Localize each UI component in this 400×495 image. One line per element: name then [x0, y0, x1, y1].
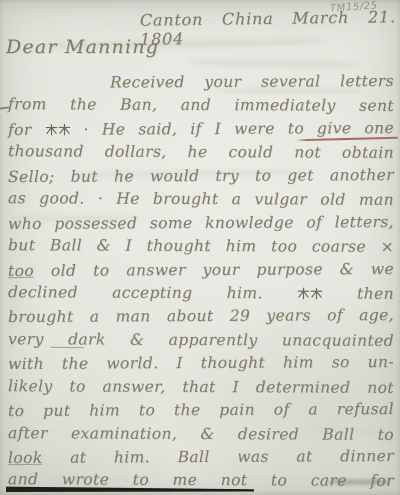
letter-line: after examination, & desired Ball to — [8, 422, 394, 447]
letter-line: brought a man about 29 years of age, — [8, 304, 394, 329]
letter-line: with the world. I thought him so un- — [8, 351, 394, 376]
letter-line: to put him to the pain of a refusal — [8, 398, 394, 423]
letter-line: too old to answer your purpose & we — [8, 257, 394, 282]
letter-page: TM15/25 Canton China March 21. 1804 Dear… — [0, 0, 400, 495]
line-text: declined accepting him. — [8, 283, 263, 302]
line-text: then — [357, 285, 394, 303]
letter-line: very dark & apparently unacquainted — [8, 328, 394, 353]
letter-line: Sello; but he would try to get another — [8, 164, 394, 189]
letter-line: likely to answer, that I determined not — [8, 375, 394, 400]
letter-line: thousand dollars, he could not obtain — [8, 140, 394, 165]
letter-line: Received your several letters — [8, 70, 394, 95]
letter-body: Received your several letters from the B… — [8, 71, 394, 493]
letter-line: from the Ban, and immediately sent — [8, 94, 394, 119]
bleedthrough-mark — [190, 59, 360, 69]
salutation: Dear Manning — [6, 36, 159, 58]
letter-line: but Ball & I thought him too coarse × — [8, 234, 394, 259]
dateline: Canton China March 21. 1804 — [140, 7, 397, 49]
letter-line: as good. · He brought a vulgar old man — [8, 187, 394, 212]
line-text: for — [8, 121, 32, 139]
line-text: · He said, if I were to give one — [84, 119, 395, 139]
letter-line: look at him. Ball was at dinner — [8, 445, 394, 470]
letter-line: who possessed some knowledge of letters, — [8, 211, 394, 236]
letter-line: declined accepting him. then — [8, 281, 394, 306]
